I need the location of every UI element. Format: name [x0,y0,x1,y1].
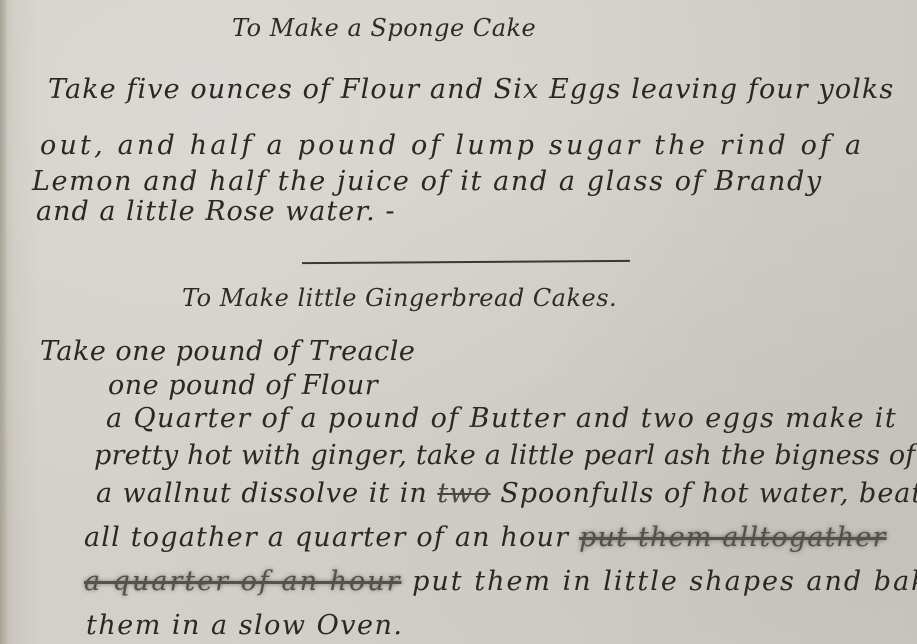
recipe-2-line-8: them in a slow Oven. [86,610,403,641]
line-5-text-a: a wallnut dissolve it in [96,478,428,509]
recipe-2-line-1: Take one pound of Treacle [40,336,415,367]
line-6-text-a: all togather a quarter of an hour [84,522,569,553]
recipe-1-line-1: Take five ounces of Flour and Six Eggs l… [48,74,894,105]
recipe-2-line-3: a Quarter of a pound of Butter and two e… [106,403,897,434]
recipe-1-line-2: out, and half a pound of lump sugar the … [40,130,864,161]
struck-phrase-put-them-alltogather: put them alltogather [579,522,887,553]
recipe-1-line-3: Lemon and half the juice of it and a gla… [32,166,823,197]
line-7-text-b: put them in little shapes and bake [412,566,917,597]
recipe-divider [302,260,630,264]
recipe-title-gingerbread-cakes: To Make little Gingerbread Cakes. [182,284,617,312]
recipe-2-line-6: all togather a quarter of an hour put th… [84,522,887,553]
line-5-text-b: Spoonfulls of hot water, beat [500,478,917,509]
page-edge [0,0,8,644]
recipe-2-line-2: one pound of Flour [108,370,378,401]
struck-phrase-quarter-of-an-hour: a quarter of an hour [84,566,402,597]
recipe-1-line-4: and a little Rose water. - [36,196,395,227]
recipe-2-line-5: a wallnut dissolve it in two Spoonfulls … [96,478,917,509]
recipe-2-line-7: a quarter of an hour put them in little … [84,566,917,597]
recipe-title-sponge-cake: To Make a Sponge Cake [232,14,536,42]
manuscript-page: To Make a Sponge Cake Take five ounces o… [0,0,917,644]
recipe-2-line-4: pretty hot with ginger, take a little pe… [94,440,915,471]
struck-word-two: two [437,478,490,509]
